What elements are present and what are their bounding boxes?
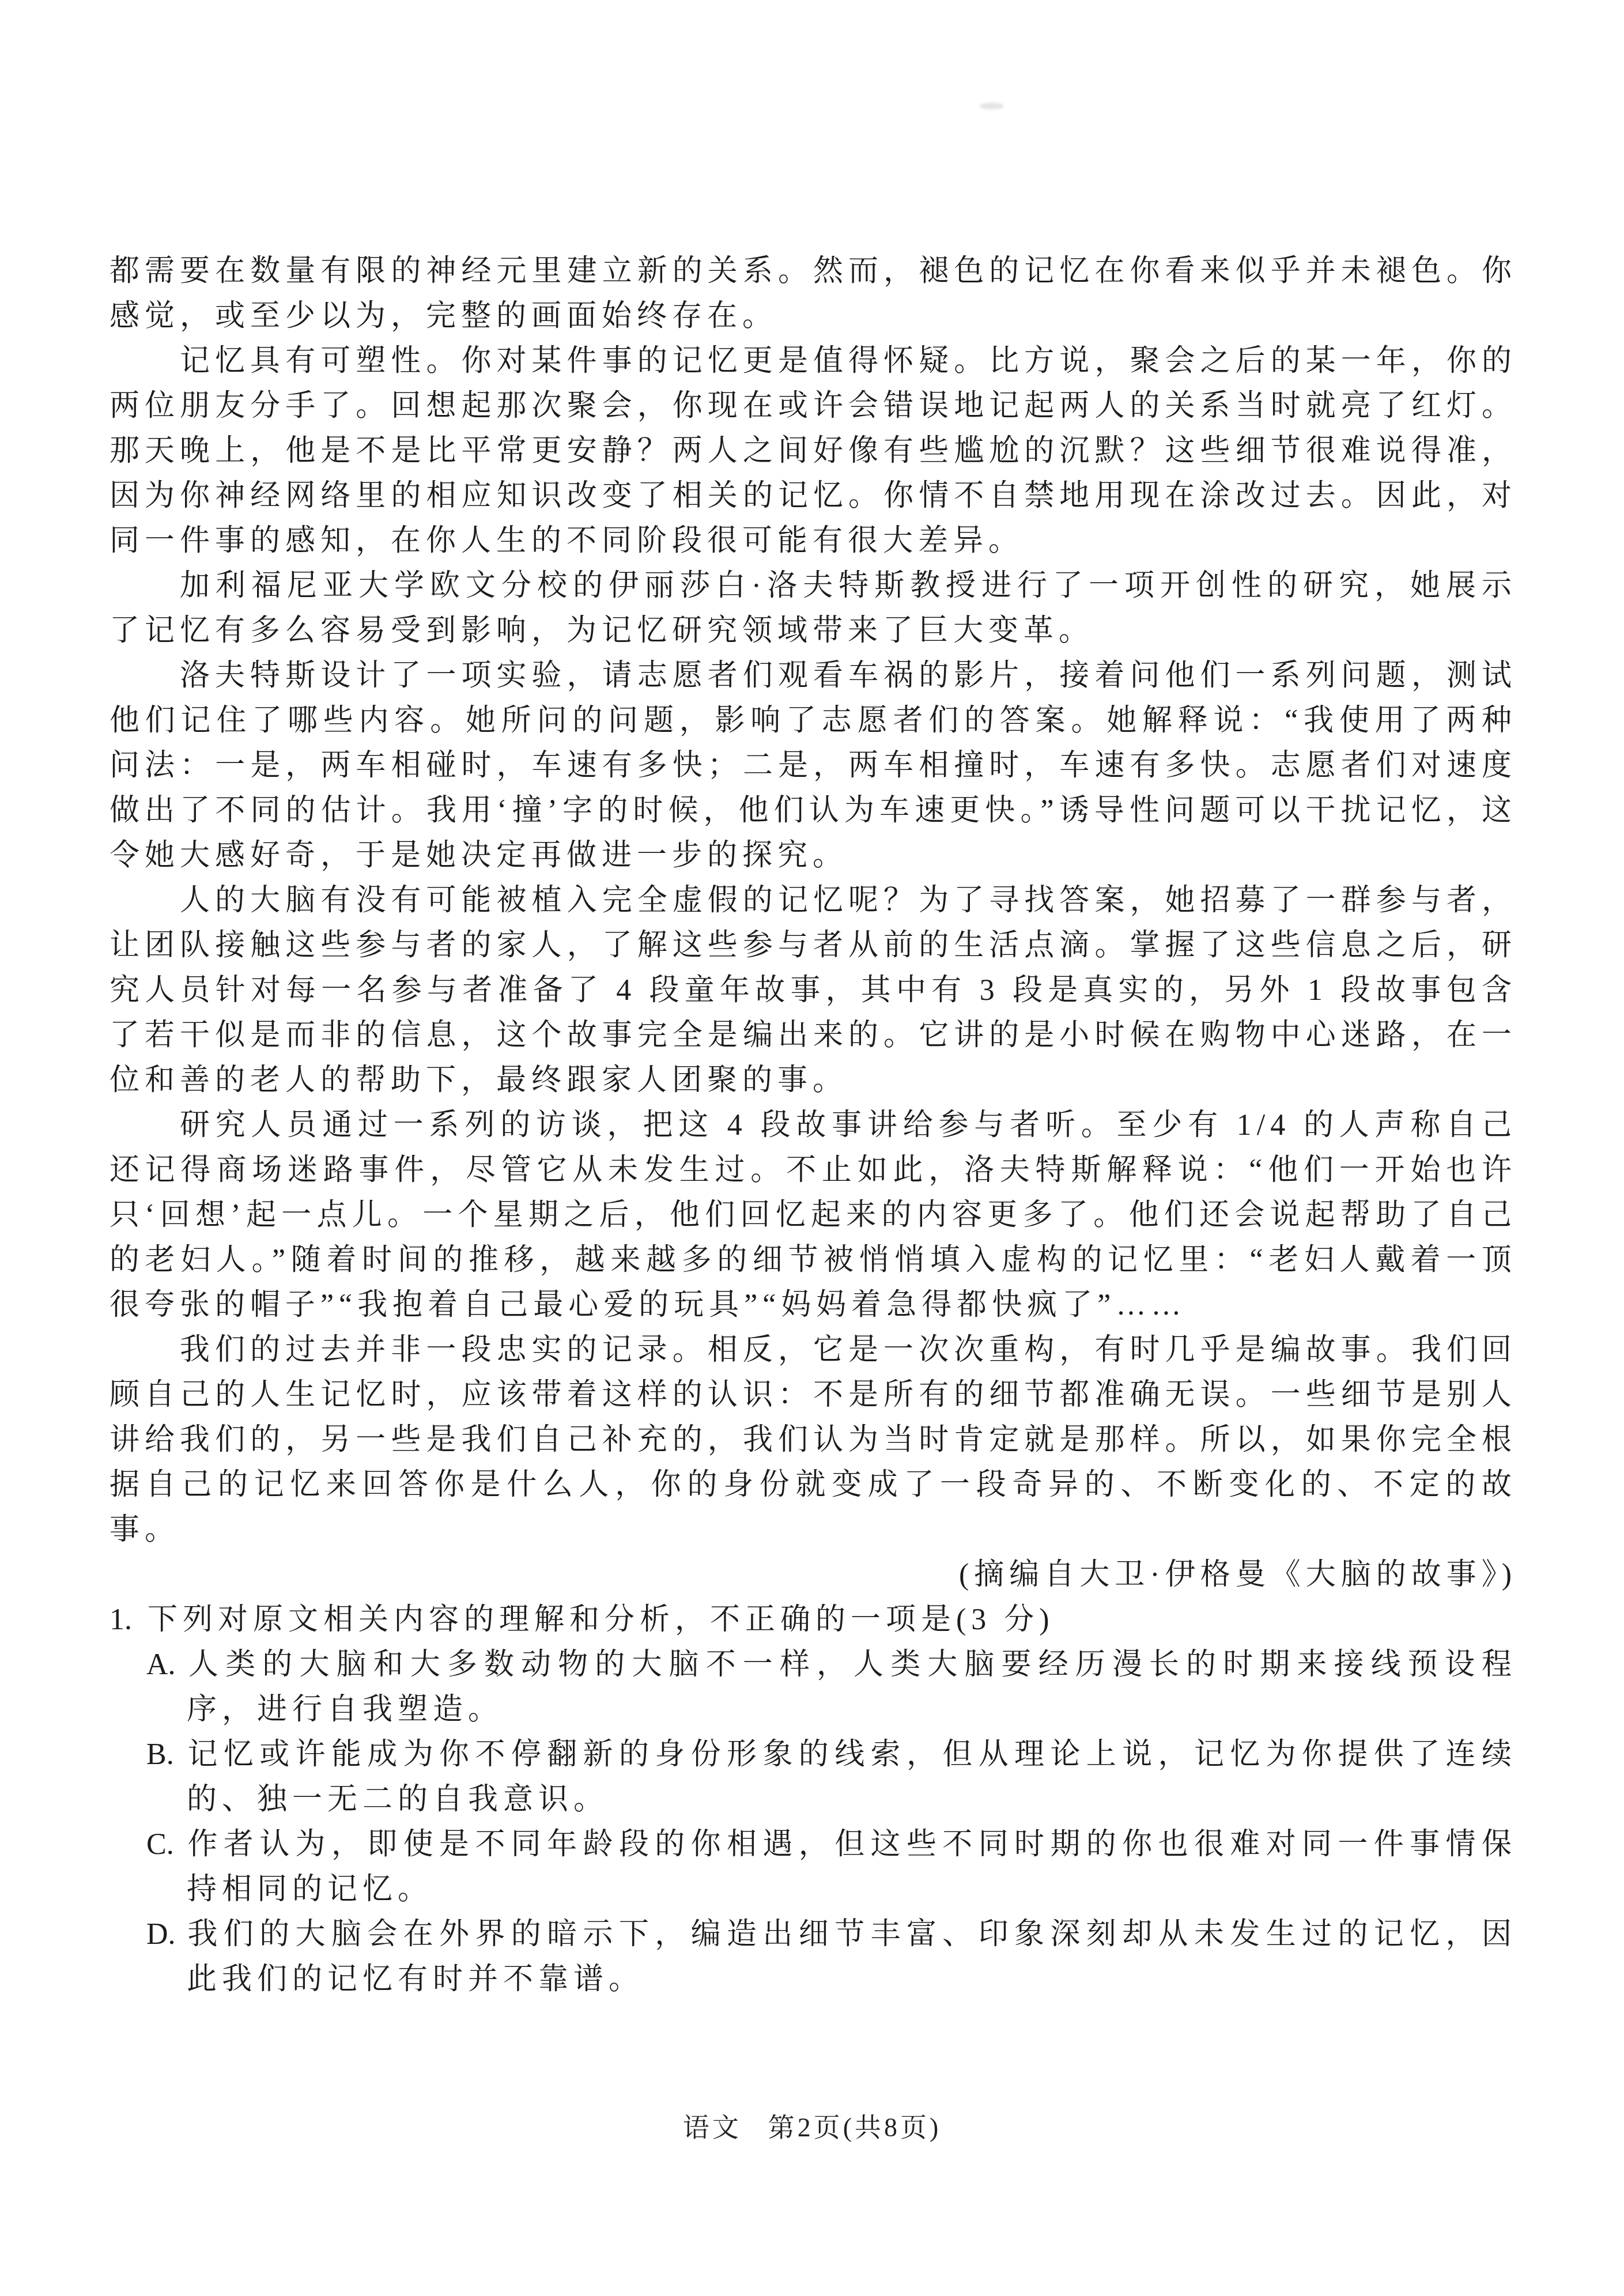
option-text-a: 人类的大脑和大多数动物的大脑不一样，人类大脑要经历漫长的时期来接线预设程序，进行… xyxy=(187,1648,1517,1726)
passage-paragraph: 人的大脑有没有可能被植入完全虚假的记忆呢？为了寻找答案，她招募了一群参与者，让团… xyxy=(109,878,1517,1103)
option-label-b: B. xyxy=(146,1732,187,1777)
option-item-b: B.记忆或许能成为你不停翻新的身份形象的线索，但从理论上说，记忆为你提供了连续的… xyxy=(146,1732,1517,1822)
passage-paragraph: 记忆具有可塑性。你对某件事的记忆更是值得怀疑。比方说，聚会之后的某一年，你的两位… xyxy=(109,339,1517,564)
option-label-a: A. xyxy=(146,1642,187,1687)
option-text-c: 作者认为，即使是不同年龄段的你相遇，但这些不同时期的你也很难对同一件事情保持相同… xyxy=(187,1828,1517,1906)
attribution-line: (摘编自大卫·伊格曼《大脑的故事》) xyxy=(109,1553,1517,1598)
option-label-d: D. xyxy=(146,1912,187,1957)
passage-paragraph: 加利福尼亚大学欧文分校的伊丽莎白·洛夫特斯教授进行了一项开创性的研究，她展示了记… xyxy=(109,564,1517,654)
question-number: 1. xyxy=(109,1598,148,1642)
question-stem: 1.下列对原文相关内容的理解和分析，不正确的一项是(3 分) xyxy=(109,1598,1517,1642)
question-stem-text: 下列对原文相关内容的理解和分析，不正确的一项是(3 分) xyxy=(148,1603,1055,1636)
option-label-c: C. xyxy=(146,1822,187,1867)
reading-passage: 都需要在数量有限的神经元里建立新的关系。然而，褪色的记忆在你看来似乎并未褪色。你… xyxy=(109,249,1517,1598)
passage-paragraph: 我们的过去并非一段忠实的记录。相反，它是一次次重构，有时几乎是编故事。我们回顾自… xyxy=(109,1328,1517,1553)
option-text-d: 我们的大脑会在外界的暗示下，编造出细节丰富、印象深刻却从未发生过的记忆，因此我们… xyxy=(187,1918,1517,1996)
page-content: 都需要在数量有限的神经元里建立新的关系。然而，褪色的记忆在你看来似乎并未褪色。你… xyxy=(109,249,1517,2002)
question-1: 1.下列对原文相关内容的理解和分析，不正确的一项是(3 分) A.人类的大脑和大… xyxy=(109,1598,1517,2002)
exam-page: 都需要在数量有限的神经元里建立新的关系。然而，褪色的记忆在你看来似乎并未褪色。你… xyxy=(0,0,1624,2296)
passage-paragraph: 研究人员通过一系列的访谈，把这 4 段故事讲给参与者听。至少有 1/4 的人声称… xyxy=(109,1103,1517,1328)
footer-subject: 语文 xyxy=(683,2113,742,2142)
footer-page-number: 第2页(共8页) xyxy=(768,2113,942,2142)
options-list: A.人类的大脑和大多数动物的大脑不一样，人类大脑要经历漫长的时期来接线预设程序，… xyxy=(109,1642,1517,2002)
option-text-b: 记忆或许能成为你不停翻新的身份形象的线索，但从理论上说，记忆为你提供了连续的、独… xyxy=(187,1738,1517,1816)
option-item-a: A.人类的大脑和大多数动物的大脑不一样，人类大脑要经历漫长的时期来接线预设程序，… xyxy=(146,1642,1517,1732)
passage-paragraph: 洛夫特斯设计了一项实验，请志愿者们观看车祸的影片，接着问他们一系列问题，测试他们… xyxy=(109,654,1517,878)
option-item-d: D.我们的大脑会在外界的暗示下，编造出细节丰富、印象深刻却从未发生过的记忆，因此… xyxy=(146,1912,1517,2002)
passage-paragraph: 都需要在数量有限的神经元里建立新的关系。然而，褪色的记忆在你看来似乎并未褪色。你… xyxy=(109,249,1517,339)
option-item-c: C.作者认为，即使是不同年龄段的你相遇，但这些不同时期的你也很难对同一件事情保持… xyxy=(146,1822,1517,1912)
page-footer: 语文第2页(共8页) xyxy=(0,2110,1624,2145)
scan-artifact xyxy=(980,103,1004,109)
